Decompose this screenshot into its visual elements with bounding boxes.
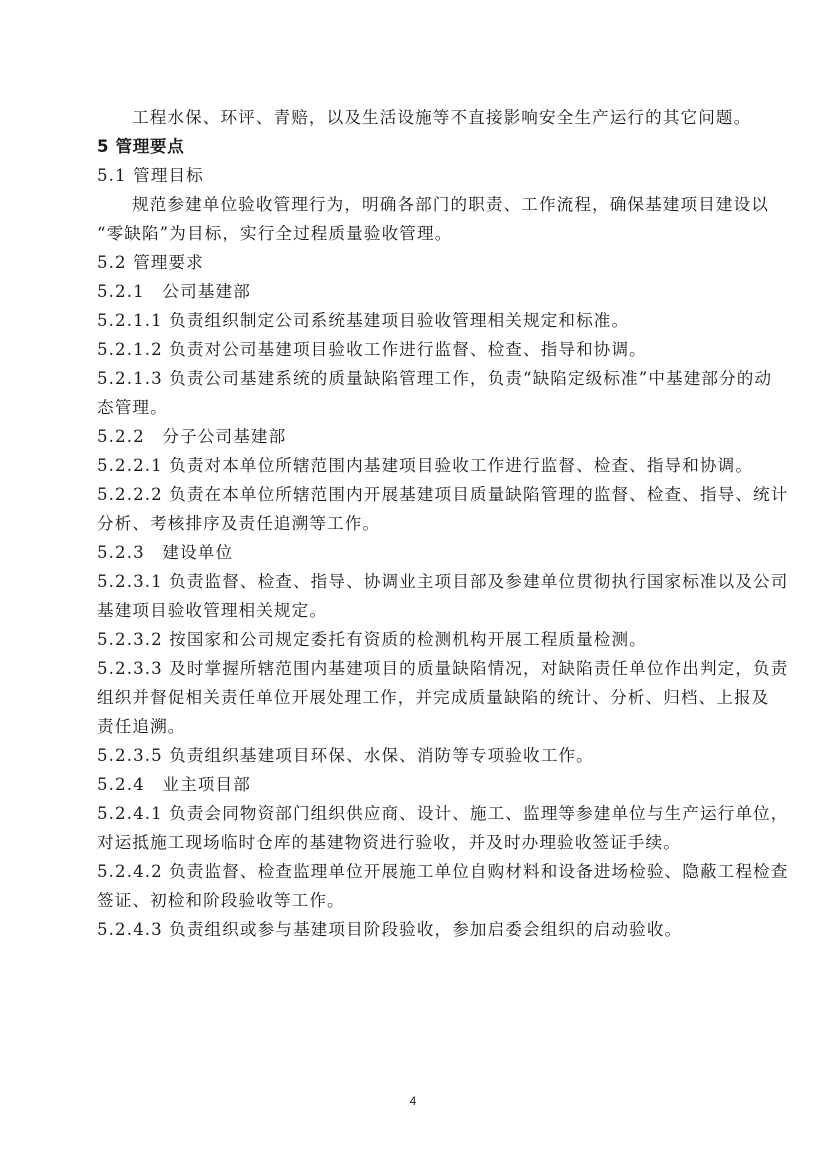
clause-line: 5.2.3.1 负责监督、检查、指导、协调业主项目部及参建单位贯彻执行国家标准以…	[97, 567, 737, 596]
clause-line: 对运抵施工现场临时仓库的基建物资进行验收，并及时办理验收签证手续。	[97, 828, 737, 857]
clause-line: 基建项目验收管理相关规定。	[97, 596, 737, 625]
clause-line: 分析、考核排序及责任追溯等工作。	[97, 509, 737, 538]
paragraph-line: 规范参建单位验收管理行为，明确各部门的职责、工作流程，确保基建项目建设以	[97, 190, 737, 219]
clause-line: 责任追溯。	[97, 712, 737, 741]
subsection-heading: 5.2.2 分子公司基建部	[97, 422, 737, 451]
section-heading: 5 管理要点	[97, 132, 737, 161]
clause-line: 5.2.4.3 负责组织或参与基建项目阶段验收，参加启委会组织的启动验收。	[97, 915, 737, 944]
clause-line: 5.2.2.2 负责在本单位所辖范围内开展基建项目质量缺陷管理的监督、检查、指导…	[97, 480, 737, 509]
paragraph-continuation: 工程水保、环评、青赔，以及生活设施等不直接影响安全生产运行的其它问题。	[97, 103, 737, 132]
subsection-heading: 5.2 管理要求	[97, 248, 737, 277]
clause-line: 5.2.4.2 负责监督、检查监理单位开展施工单位自购材料和设备进场检验、隐蔽工…	[97, 857, 737, 886]
clause-line: 5.2.4.1 负责会同物资部门组织供应商、设计、施工、监理等参建单位与生产运行…	[97, 799, 737, 828]
document-page: 工程水保、环评、青赔，以及生活设施等不直接影响安全生产运行的其它问题。 5 管理…	[0, 0, 826, 1169]
clause-line: 组织并督促相关责任单位开展处理工作，并完成质量缺陷的统计、分析、归档、上报及	[97, 683, 737, 712]
clause-line: 5.2.3.3 及时掌握所辖范围内基建项目的质量缺陷情况，对缺陷责任单位作出判定…	[97, 654, 737, 683]
document-body: 工程水保、环评、青赔，以及生活设施等不直接影响安全生产运行的其它问题。 5 管理…	[97, 103, 737, 944]
clause-line: 5.2.1.2 负责对公司基建项目验收工作进行监督、检查、指导和协调。	[97, 335, 737, 364]
clause-line: 态管理。	[97, 393, 737, 422]
clause-line: 5.2.3.5 负责组织基建项目环保、水保、消防等专项验收工作。	[97, 741, 737, 770]
clause-line: 签证、初检和阶段验收等工作。	[97, 886, 737, 915]
subsection-heading: 5.1 管理目标	[97, 161, 737, 190]
clause-line: 5.2.1.3 负责公司基建系统的质量缺陷管理工作，负责“缺陷定级标准”中基建部…	[97, 364, 737, 393]
clause-line: 5.2.3.2 按国家和公司规定委托有资质的检测机构开展工程质量检测。	[97, 625, 737, 654]
subsection-heading: 5.2.1 公司基建部	[97, 277, 737, 306]
page-number: 4	[0, 1094, 826, 1108]
paragraph-line: “零缺陷”为目标，实行全过程质量验收管理。	[97, 219, 737, 248]
subsection-heading: 5.2.4 业主项目部	[97, 770, 737, 799]
clause-line: 5.2.2.1 负责对本单位所辖范围内基建项目验收工作进行监督、检查、指导和协调…	[97, 451, 737, 480]
subsection-heading: 5.2.3 建设单位	[97, 538, 737, 567]
clause-line: 5.2.1.1 负责组织制定公司系统基建项目验收管理相关规定和标准。	[97, 306, 737, 335]
